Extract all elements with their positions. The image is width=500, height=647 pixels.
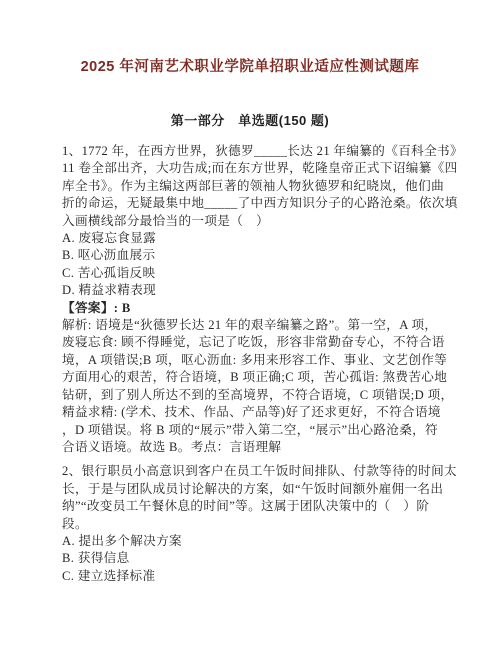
- answer-line: 【答案】: B: [62, 300, 448, 317]
- question-text-line: 长，于是与团队成员讨论解决的方案，如“午饭时间额外雇佣一名出: [62, 481, 448, 498]
- question-text-line: 纳”“改变员工午餐休息的时间”等。这属于团队决策中的（ ）阶: [62, 498, 448, 515]
- analysis-text-line: 方面用心的艰苦，符合语境，B 项正确;C 项，苦心孤诣: 煞费苦心地: [62, 369, 448, 386]
- question-text-line: 1、1772 年，在西方世界，狄德罗_____长达 21 年编纂的《百科全书》: [62, 143, 448, 160]
- question-text-line: 库全书》。作为主编这两部巨著的领袖人物狄德罗和纪晓岚，他们曲: [62, 178, 448, 195]
- question-text-line: 入画横线部分最恰当的一项是（ ）: [62, 213, 448, 230]
- analysis-text-line: 精益求精: (学术、技术、作品、产品等)好了还求更好，不符合语境: [62, 404, 448, 421]
- option-line: C. 建立选择标准: [62, 568, 448, 585]
- document-title: 2025 年河南艺术职业学院单招职业适应性测试题库: [20, 57, 480, 77]
- question-1-block: 1、1772 年，在西方世界，狄德罗_____长达 21 年编纂的《百科全书》1…: [62, 143, 448, 456]
- analysis-text-line: 废寝忘食: 顾不得睡觉，忘记了吃饭，形容非常勤奋专心，不符合语: [62, 334, 448, 351]
- question-1-analysis: 解析: 语境是“狄德罗长达 21 年的艰辛编纂之路”。第一空，A 项，废寝忘食:…: [62, 317, 448, 456]
- question-text-line: 段。: [62, 516, 448, 533]
- document-body: 1、1772 年，在西方世界，狄德罗_____长达 21 年编纂的《百科全书》1…: [0, 143, 500, 585]
- question-text-line: 2、银行职员小高意识到客户在员工午饭时间排队、付款等待的时间太: [62, 463, 448, 480]
- question-2-block: 2、银行职员小高意识到客户在员工午饭时间排队、付款等待的时间太长，于是与团队成员…: [62, 463, 448, 585]
- question-1-options: A. 废寝忘食显露B. 呕心沥血展示C. 苦心孤诣反映D. 精益求精表现: [62, 230, 448, 300]
- question-text-line: 折的命运，无疑最集中地_____了中西方知识分子的心路沧桑。依次填: [62, 195, 448, 212]
- document-page: 2025 年河南艺术职业学院单招职业适应性测试题库 第一部分 单选题(150 题…: [0, 0, 500, 647]
- option-line: A. 提出多个解决方案: [62, 533, 448, 550]
- analysis-text-line: 钻研，到了别人所达不到的至高境界，不符合语境，C 项错误;D 项，: [62, 387, 448, 404]
- option-line: A. 废寝忘食显露: [62, 230, 448, 247]
- option-line: D. 精益求精表现: [62, 282, 448, 299]
- analysis-text-line: 合语义语境。故选 B。考点：言语理解: [62, 439, 448, 456]
- section-heading: 第一部分 单选题(150 题): [0, 112, 500, 129]
- analysis-text-line: ，D 项错误。将 B 项的“展示”带入第二空，“展示”出心路沧桑，符: [62, 422, 448, 439]
- question-2-text: 2、银行职员小高意识到客户在员工午饭时间排队、付款等待的时间太长，于是与团队成员…: [62, 463, 448, 533]
- analysis-text-line: 境，A 项错误;B 项，呕心沥血: 多用来形容工作、事业、文艺创作等: [62, 352, 448, 369]
- option-line: C. 苦心孤诣反映: [62, 265, 448, 282]
- question-2-options: A. 提出多个解决方案B. 获得信息C. 建立选择标准: [62, 533, 448, 585]
- question-1-text: 1、1772 年，在西方世界，狄德罗_____长达 21 年编纂的《百科全书》1…: [62, 143, 448, 230]
- option-line: B. 获得信息: [62, 550, 448, 567]
- option-line: B. 呕心沥血展示: [62, 247, 448, 264]
- analysis-text-line: 解析: 语境是“狄德罗长达 21 年的艰辛编纂之路”。第一空，A 项，: [62, 317, 448, 334]
- question-text-line: 11 卷全部出齐，大功告成;而在东方世界，乾隆皇帝正式下诏编纂《四: [62, 160, 448, 177]
